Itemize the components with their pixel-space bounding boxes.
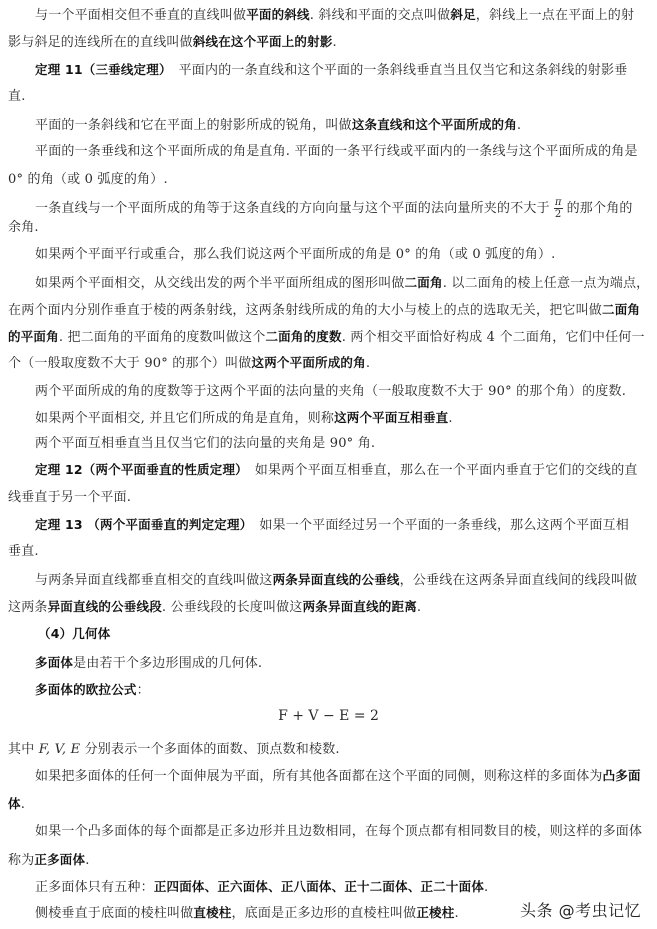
text-run: 这两条 (8, 600, 48, 615)
watermark: 头条 @考虫记忆 (520, 898, 641, 921)
text-line: 正多面体只有五种：正四面体、正六面体、正八面体、正十二面体、正二十面体. (35, 879, 488, 896)
text-run: . 公垂线段的长度叫做这 (162, 600, 303, 615)
text-line: 直. (8, 89, 26, 105)
text-run: ，斜线上一点在平面上的射 (476, 8, 634, 23)
text-run: . (333, 35, 337, 50)
text-line: 如果一个凸多面体的每个面都是正多边形并且边数相同，在每个顶点都有相同数目的棱，则… (35, 824, 642, 840)
text-run: 在两个面内分别作垂直于棱的两条射线，这两条射线所成的角的大小与棱上的点的选取无关… (8, 303, 602, 318)
text-run: . (448, 411, 452, 426)
bold-term: 多面体的欧拉公式 (35, 682, 137, 697)
text-run: . (484, 880, 488, 895)
text-run: 其中 (8, 742, 39, 757)
bold-term: 这条直线和这个平面所成的角 (352, 117, 517, 132)
bold-term: 正棱柱 (416, 905, 454, 920)
bold-term: 斜足 (450, 7, 475, 22)
text-line: 侧棱垂直于底面的棱柱叫做直棱柱，底面是正多边形的直棱柱叫做正棱柱. (35, 905, 459, 922)
text-line: 垂直. (8, 544, 39, 560)
text-run: . (85, 853, 89, 868)
text-line: 这两条异面直线的公垂线段. 公垂线段的长度叫做这两条异面直线的距离. (8, 599, 421, 616)
text-line: 体. (8, 796, 25, 813)
text-line: 多面体是由若干个多边形围成的几何体. (35, 655, 262, 672)
text-line: 两个平面互相垂直当且仅当它们的法向量的夹角是 90° 角. (35, 436, 375, 452)
text-run: . (517, 118, 521, 133)
bold-term: 两条异面直线的距离 (303, 599, 417, 614)
bold-term: 两条异面直线的公垂线 (273, 572, 400, 587)
fraction-pi-over-2: π2 (554, 197, 563, 220)
text-line: 多面体的欧拉公式： (35, 682, 150, 699)
bold-term: 正四面体、正六面体、正八面体、正十二面体、正二十面体 (154, 879, 484, 894)
text-run: 0° 的角（或 0 弧度的角）. (8, 172, 168, 187)
text-run: 直. (8, 89, 26, 104)
text-run: 余角. (8, 220, 39, 235)
text-line: 与一个平面相交但不垂直的直线叫做平面的斜线. 斜线和平面的交点叫做斜足，斜线上一… (35, 7, 634, 24)
text-line: 定理 13 （两个平面垂直的判定定理） 如果一个平面经过另一个平面的一条垂线，那… (35, 517, 629, 534)
text-run: 如果一个平面经过另一个平面的一条垂线，那么这两个平面互相 (246, 518, 629, 533)
bold-term: 二面角 (405, 275, 443, 290)
text-run: . (454, 906, 458, 921)
text-line: 称为正多面体. (8, 852, 90, 869)
text-run: ： (137, 683, 150, 698)
text-run: 线垂直于另一个平面. (8, 490, 131, 505)
text-run: 垂直. (8, 544, 39, 559)
bold-term: 体 (8, 796, 21, 811)
bold-term: 这两个平面互相垂直 (334, 410, 448, 425)
text-line: 如果两个平面平行或重合，那么我们说这两个平面所成的角是 0° 的角（或 0 弧度… (35, 247, 556, 263)
bold-term: 平面的斜线 (246, 7, 310, 22)
text-line: 定理 11（三垂线定理） 平面内的一条直线和这个平面的一条斜线垂直当且仅当它和这… (35, 62, 627, 79)
bold-term: 凸多面 (603, 768, 641, 783)
bold-term: 二面角 (602, 302, 640, 317)
text-line: 与两条异面直线都垂直相交的直线叫做这两条异面直线的公垂线，公垂线在这两条异面直线… (35, 572, 637, 589)
text-line: 如果两个平面相交，从交线出发的两个半平面所组成的图形叫做二面角. 以二面角的棱上… (35, 275, 649, 292)
bold-term: 二面角的度数 (265, 329, 341, 344)
text-run: 两个平面互相垂直当且仅当它们的法向量的夹角是 90° 角. (35, 436, 375, 451)
text-run: 与两条异面直线都垂直相交的直线叫做这 (35, 573, 273, 588)
math-vars: F, V, E (39, 742, 81, 757)
text-run: ，底面是正多边形的直棱柱叫做 (232, 906, 417, 921)
text-run: 是由若干个多边形围成的几何体. (73, 656, 262, 671)
text-run: 平面内的一条直线和这个平面的一条斜线垂直当且仅当它和这条斜线的射影垂 (165, 63, 627, 78)
text-run: 分别表示一个多面体的面数、顶点数和棱数. (80, 742, 339, 757)
text-line: 在两个面内分别作垂直于棱的两条射线，这两条射线所成的角的大小与棱上的点的选取无关… (8, 302, 640, 319)
text-run: . (366, 356, 370, 371)
text-run: 如果两个平面平行或重合，那么我们说这两个平面所成的角是 0° 的角（或 0 弧度… (35, 247, 556, 262)
text-line: 如果两个平面相交, 并且它们所成的角是直角，则称这两个平面互相垂直. (35, 410, 453, 427)
bold-term: 定理 12（两个平面垂直的性质定理） (35, 462, 242, 477)
text-run: 称为 (8, 853, 34, 868)
text-line: 余角. (8, 220, 39, 236)
text-run: 如果两个平面相交，从交线出发的两个半平面所组成的图形叫做 (35, 276, 405, 291)
text-line: 0° 的角（或 0 弧度的角）. (8, 172, 168, 188)
text-line: 个（一般取度数不大于 90° 的那个）叫做这两个平面所成的角. (8, 355, 370, 372)
bold-term: 斜线在这个平面上的射影 (193, 34, 333, 49)
text-run: 一条直线与一个平面所成的角等于这条直线的方向向量与这个平面的法向量所夹的不大于 (35, 201, 550, 216)
text-run: 侧棱垂直于底面的棱柱叫做 (35, 906, 193, 921)
text-run: . (417, 600, 421, 615)
bold-term: 多面体 (35, 655, 73, 670)
text-run: . 把二面角的平面角的度数叫做这个 (59, 330, 266, 345)
bold-term: 定理 11（三垂线定理） (35, 62, 165, 77)
euler-formula: F + V − E = 2 (0, 708, 657, 724)
text-run: 正多面体只有五种： (35, 880, 154, 895)
text-run: 与一个平面相交但不垂直的直线叫做 (35, 8, 246, 23)
text-line: 影与斜足的连线所在的直线叫做斜线在这个平面上的射影. (8, 34, 337, 51)
text-run: 平面的一条垂线和这个平面所成的角是直角. 平面的一条平行线或平面内的一条线与这个… (35, 144, 638, 159)
text-run: 如果一个凸多面体的每个面都是正多边形并且边数相同，在每个顶点都有相同数目的棱，则… (35, 824, 642, 839)
text-run: 影与斜足的连线所在的直线叫做 (8, 35, 193, 50)
text-line: 两个平面所成的角的度数等于这两个平面的法向量的夹角（一般取度数不大于 90° 的… (35, 384, 626, 400)
text-run: . (21, 797, 25, 812)
text-run: . 两个相交平面恰好构成 4 个二面角，它们中任何一 (342, 330, 645, 345)
text-line: 的平面角. 把二面角的平面角的度数叫做这个二面角的度数. 两个相交平面恰好构成 … (8, 329, 645, 346)
text-run: . 斜线和平面的交点叫做 (310, 8, 451, 23)
text-line: （4）几何体 (38, 626, 110, 643)
text-run: 如果把多面体的任何一个面伸展为平面，所有其他各面都在这个平面的同侧，则称这样的多… (35, 769, 603, 784)
bold-term: 异面直线的公垂线段 (48, 599, 162, 614)
bold-term: 定理 13 （两个平面垂直的判定定理） (35, 517, 246, 532)
text-line: 如果把多面体的任何一个面伸展为平面，所有其他各面都在这个平面的同侧，则称这样的多… (35, 768, 641, 785)
bold-term: 这两个平面所成的角 (252, 355, 366, 370)
text-run: 平面的一条斜线和它在平面上的射影所成的锐角，叫做 (35, 118, 352, 133)
bold-term: 直棱柱 (193, 905, 231, 920)
text-line: 平面的一条斜线和它在平面上的射影所成的锐角，叫做这条直线和这个平面所成的角. (35, 117, 521, 134)
text-line: 一条直线与一个平面所成的角等于这条直线的方向向量与这个平面的法向量所夹的不大于π… (35, 197, 633, 220)
bold-term: （4）几何体 (38, 626, 110, 641)
text-run: 如果两个平面相交, 并且它们所成的角是直角，则称 (35, 411, 334, 426)
text-run: ，公垂线在这两条异面直线间的线段叫做 (400, 573, 638, 588)
text-line: 定理 12（两个平面垂直的性质定理） 如果两个平面互相垂直，那么在一个平面内垂直… (35, 462, 638, 479)
text-run: 两个平面所成的角的度数等于这两个平面的法向量的夹角（一般取度数不大于 90° 的… (35, 384, 626, 399)
text-line: 其中 F, V, E 分别表示一个多面体的面数、顶点数和棱数. (8, 742, 340, 758)
text-run: 如果两个平面互相垂直，那么在一个平面内垂直于它们的交线的直 (242, 463, 638, 478)
text-line: 线垂直于另一个平面. (8, 490, 131, 506)
bold-term: 正多面体 (34, 852, 85, 867)
bold-term: 的平面角 (8, 329, 59, 344)
text-run: . 以二面角的棱上任意一点为端点， (443, 276, 650, 291)
text-line: 平面的一条垂线和这个平面所成的角是直角. 平面的一条平行线或平面内的一条线与这个… (35, 144, 638, 160)
text-run: 个（一般取度数不大于 90° 的那个）叫做 (8, 356, 252, 371)
text-run: 的那个角的 (567, 201, 633, 216)
